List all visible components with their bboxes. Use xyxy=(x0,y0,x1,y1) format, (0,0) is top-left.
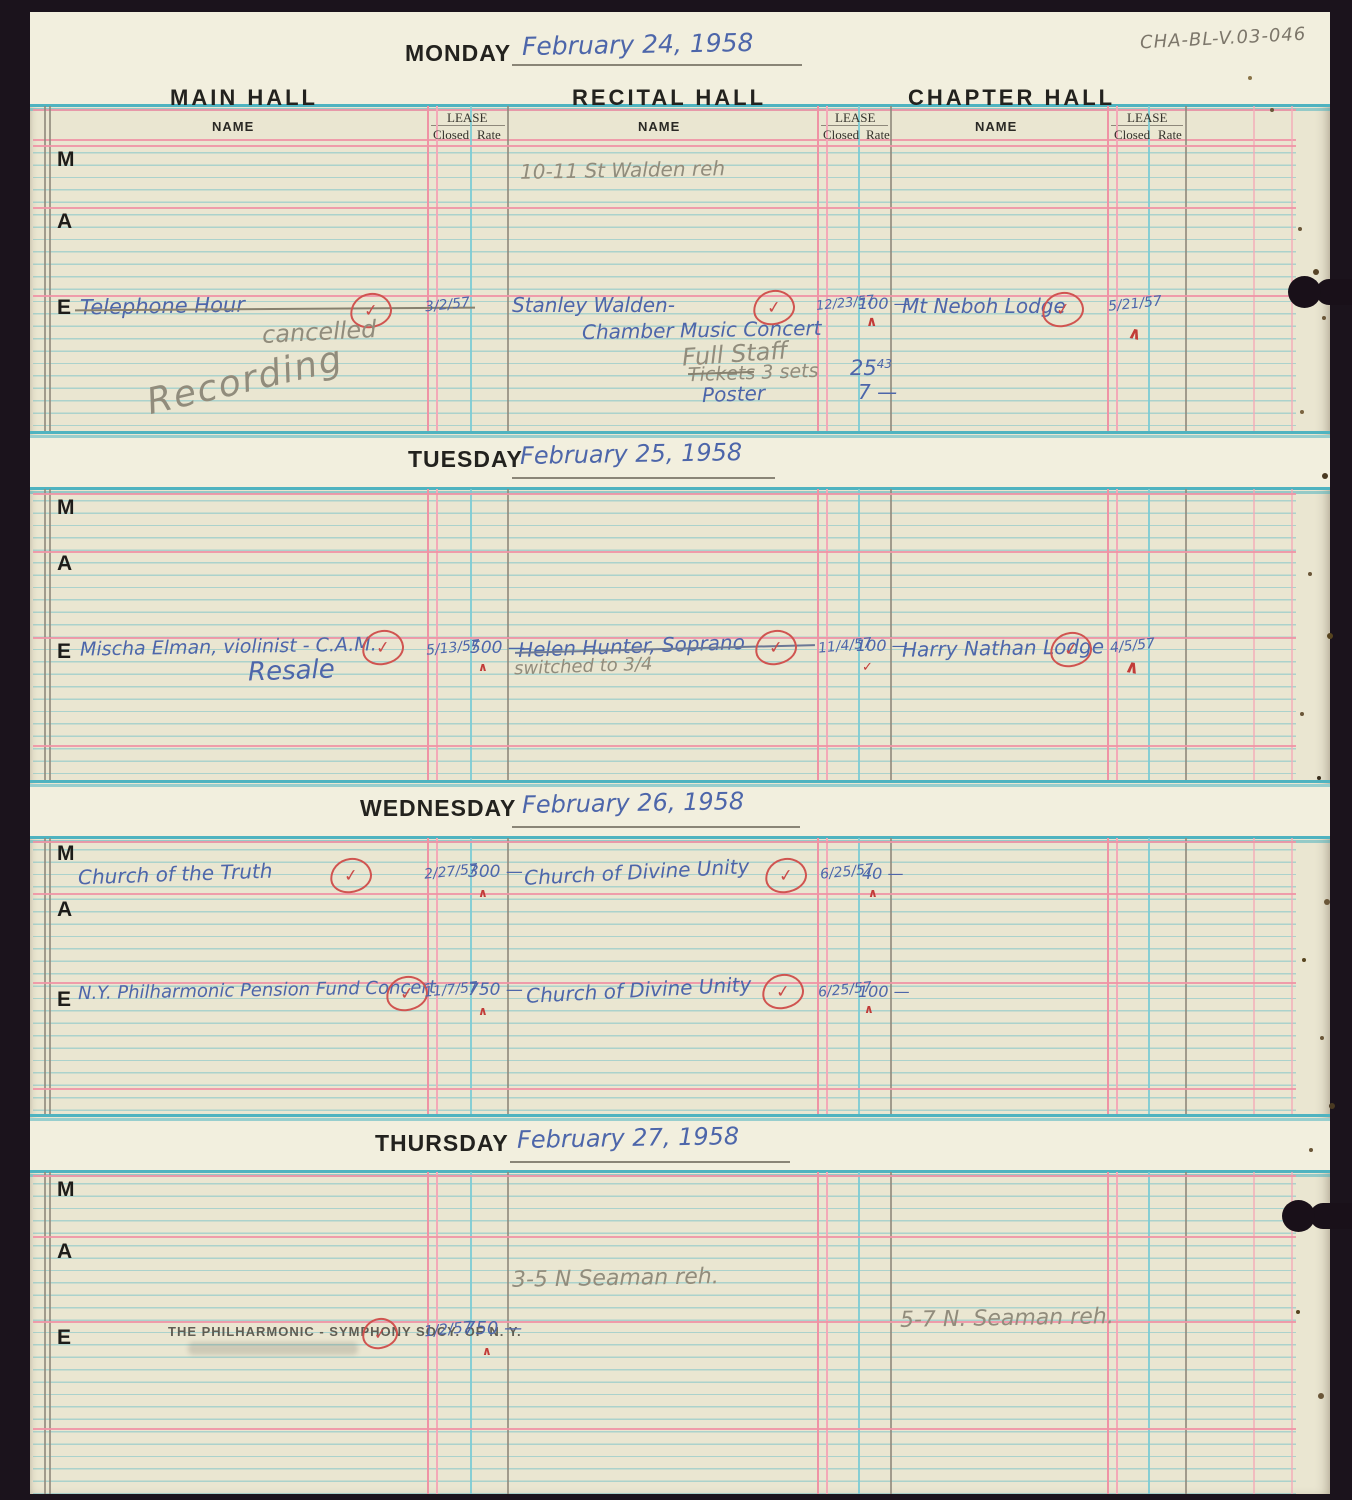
punch-hole xyxy=(1282,1200,1315,1232)
charge-cents: 43 xyxy=(877,357,892,371)
col-header-lease-chapter: LEASE xyxy=(1127,110,1167,126)
grid-vline xyxy=(1107,489,1118,780)
row-label-morning: M xyxy=(57,1178,75,1202)
grid-vline xyxy=(1253,838,1255,1114)
grid-line xyxy=(33,1088,1296,1090)
date-underline xyxy=(510,1161,790,1163)
grid-vline xyxy=(1253,106,1255,431)
lease-rate: 100 — xyxy=(856,636,908,655)
grid-vline xyxy=(49,106,51,431)
posted-tick-icon: ∧ xyxy=(864,1002,874,1016)
col-header-closed-recital: Closed xyxy=(823,127,859,143)
grid-vline xyxy=(470,106,472,431)
paper-stains xyxy=(30,12,34,16)
grid-line xyxy=(33,145,1296,147)
grid-vline xyxy=(44,838,46,1114)
col-header-lease-main: LEASE xyxy=(447,110,487,126)
grid-vline xyxy=(890,1172,892,1494)
grid-vline xyxy=(1253,1172,1255,1494)
row-label-evening: E xyxy=(57,296,71,320)
col-header-rate-chapter: Rate xyxy=(1158,127,1182,143)
booking-name: Mt Neboh Lodge xyxy=(902,294,1066,318)
day-date-wednesday: February 26, 1958 xyxy=(522,787,745,819)
grid-vline xyxy=(1185,838,1187,1114)
grid-line xyxy=(33,745,1296,747)
grid-vline xyxy=(817,489,828,780)
grid-line xyxy=(33,207,1296,209)
section-divider xyxy=(30,836,1330,839)
grid-vline xyxy=(44,106,46,431)
charge-amount: 2543 xyxy=(850,356,892,380)
hall-title-chapter: CHAPTER HALL xyxy=(908,85,1115,111)
grid-vline xyxy=(858,1172,860,1494)
grid-vline xyxy=(44,489,46,780)
grid-vline xyxy=(858,489,860,780)
posted-tick-icon: ∧ xyxy=(868,886,878,900)
grid-vline xyxy=(1291,838,1293,1114)
grid-vline xyxy=(890,489,892,780)
section-divider xyxy=(30,431,1330,434)
charge-amount: 7 — xyxy=(858,380,897,404)
grid-vline xyxy=(427,489,438,780)
grid-line xyxy=(33,1428,1296,1430)
row-label-afternoon: A xyxy=(57,210,72,234)
row-label-afternoon: A xyxy=(57,552,72,576)
grid-vline xyxy=(817,106,828,431)
day-label-thursday: THURSDAY xyxy=(375,1130,509,1157)
grid-vline xyxy=(1148,838,1150,1114)
charge-value: 25 xyxy=(850,356,877,380)
grid-line xyxy=(33,893,1296,895)
grid-vline xyxy=(1148,106,1150,431)
day-date-thursday: February 27, 1958 xyxy=(517,1122,740,1154)
lease-rate: 750 — xyxy=(468,980,523,1000)
col-header-rate-main: Rate xyxy=(477,127,501,143)
grid-vline xyxy=(49,489,51,780)
posted-tick-icon: ∧ xyxy=(478,1004,488,1018)
row-label-afternoon: A xyxy=(57,898,72,922)
grid-vline xyxy=(507,106,509,431)
date-underline xyxy=(512,477,775,479)
grid-vline xyxy=(49,838,51,1114)
section-divider xyxy=(30,1114,1330,1117)
posted-tick-icon: ∧ xyxy=(478,886,488,900)
grid-vline xyxy=(1185,106,1187,431)
punch-notch xyxy=(1316,279,1352,305)
grid-vline xyxy=(1148,489,1150,780)
date-underline xyxy=(512,826,800,828)
day-date-tuesday: February 25, 1958 xyxy=(520,438,743,470)
posted-tick-icon: ∧ xyxy=(478,660,488,674)
row-label-morning: M xyxy=(57,496,75,520)
lease-rate: 500 — xyxy=(470,638,525,658)
row-label-evening: E xyxy=(57,640,71,664)
date-underline xyxy=(512,64,802,66)
booking-note: 10-11 St Walden reh xyxy=(520,156,725,184)
grid-vline xyxy=(1291,106,1293,431)
grid-vline xyxy=(1185,1172,1187,1494)
grid-line xyxy=(33,551,1296,553)
grid-vline xyxy=(49,1172,51,1494)
day-date-monday: February 24, 1958 xyxy=(522,28,754,61)
section-divider xyxy=(30,1170,1330,1173)
grid-vline xyxy=(470,489,472,780)
grid-vline xyxy=(427,106,438,431)
hall-title-recital: RECITAL HALL xyxy=(572,85,766,111)
stamp-smudge xyxy=(188,1342,358,1355)
grid-line xyxy=(33,1236,1296,1238)
grid-line xyxy=(33,841,1296,843)
hall-title-main: MAIN HALL xyxy=(170,85,318,111)
lease-rate: 300 — xyxy=(468,862,523,882)
day-label-monday: MONDAY xyxy=(405,40,511,67)
grid-line xyxy=(33,1175,1296,1177)
lease-rate: 100 — xyxy=(858,982,910,1001)
col-header-lease-recital: LEASE xyxy=(835,110,875,126)
grid-vline xyxy=(1291,489,1293,780)
ledger-page: MONDAYFebruary 24, 1958CHA-BL-V.03-046MA… xyxy=(30,12,1330,1494)
booking-note: 3-5 N Seaman reh. xyxy=(512,1264,719,1293)
grid-line xyxy=(33,493,1296,495)
col-header-closed-chapter: Closed xyxy=(1114,127,1150,143)
day-label-tuesday: TUESDAY xyxy=(408,446,523,473)
row-label-morning: M xyxy=(57,148,75,172)
col-header-name-chapter: NAME xyxy=(975,119,1017,134)
grid-vline xyxy=(1148,1172,1150,1494)
row-label-evening: E xyxy=(57,988,71,1012)
lease-rate: 750 — xyxy=(464,1318,522,1339)
col-header-closed-main: Closed xyxy=(433,127,469,143)
col-header-name-recital: NAME xyxy=(638,119,680,134)
posted-tick-icon: ∧ xyxy=(482,1344,492,1358)
booking-note: 5-7 N. Seaman reh. xyxy=(900,1304,1114,1333)
grid-vline xyxy=(1253,489,1255,780)
posted-tick-icon: ∧ xyxy=(866,314,877,330)
booking-note: Resale xyxy=(248,654,336,687)
grid-vline xyxy=(1107,1172,1118,1494)
posted-check-icon: ✓ xyxy=(862,660,873,675)
grid-vline xyxy=(44,1172,46,1494)
row-label-morning: M xyxy=(57,842,75,866)
section-divider xyxy=(30,487,1330,490)
col-header-name-main: NAME xyxy=(212,119,254,134)
grid-vline xyxy=(1185,489,1187,780)
row-label-afternoon: A xyxy=(57,1240,72,1264)
day-label-wednesday: WEDNESDAY xyxy=(360,795,516,822)
grid-vline xyxy=(1107,106,1118,431)
grid-vline xyxy=(507,489,509,780)
punch-hole xyxy=(1288,276,1321,308)
section-divider xyxy=(30,780,1330,783)
grid-vline xyxy=(858,838,860,1114)
col-header-rate-recital: Rate xyxy=(866,127,890,143)
row-label-evening: E xyxy=(57,1326,71,1350)
booking-line: Poster xyxy=(702,381,766,407)
booking-name: Telephone Hour xyxy=(80,293,245,320)
grid-vline xyxy=(1107,838,1118,1114)
grid-vline xyxy=(817,1172,828,1494)
booking-name: Stanley Walden- xyxy=(512,293,675,317)
punch-notch xyxy=(1310,1203,1352,1229)
lease-rate: 40 — xyxy=(862,864,903,883)
